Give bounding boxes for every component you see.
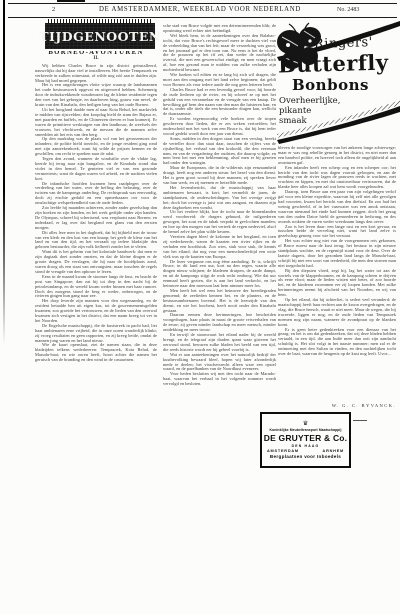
gruyter-city-main: DEN HAAG — [292, 444, 320, 448]
paragraph: Het was echter nog niet van de voorgenom… — [278, 239, 396, 268]
paragraph: Men heeft het wel eens het heimwee der b… — [163, 289, 276, 314]
paragraph: Soms, midden in den drogen staat van een… — [163, 137, 276, 166]
ringers-product-name-2: Bonbons — [292, 76, 369, 94]
paragraph: Voor heden besluiten wij met den tocht n… — [163, 372, 276, 387]
newspaper-page: 2 DE AMSTERDAMMER, WEEKBLAD VOOR NEDERLA… — [0, 0, 400, 614]
ringers-butterfly-ad: Overheerlijke, pikante smaak — [277, 20, 400, 144]
issue-number: No. 2483 — [337, 7, 359, 13]
article-column-3: bleven de noodige voorzorgen van het ank… — [278, 146, 396, 403]
article-column-2: sche stad van Bruce volgde met een deter… — [163, 24, 276, 474]
gruyter-city-right: ARNHEM — [323, 449, 344, 453]
paragraph: Maar de Europeaan, die in de wildernis z… — [163, 166, 276, 186]
de-gruyter-ad: ♛ Koninklijke Meubeltransport Maatschapp… — [260, 412, 351, 468]
header-rule-bottom — [8, 17, 397, 18]
column-2-text: sche stad van Bruce volgde met een deter… — [163, 24, 276, 387]
paragraph: En terwijl de stoomvaart het eiland nade… — [163, 333, 276, 353]
paragraph: De Engelsche maatschappij, die de kustst… — [35, 324, 157, 344]
paragraph: Bij den diepsten vloed, zegt hij, lag he… — [278, 269, 396, 298]
section-banner: TIJDGENOOTEN — [45, 23, 155, 49]
gruyter-cities-row: AMSTERDAM ARNHEM — [264, 449, 347, 453]
paragraph: Charles Bruce had er een levendig gevoel… — [163, 88, 276, 117]
paragraph: Het levensbericht, dat de maatschappij v… — [163, 186, 276, 211]
paragraph: Wie de kaart openslaat, ziet de namen st… — [35, 343, 157, 363]
paragraph: Op den marktdag was de plaats vol van he… — [35, 137, 157, 157]
paragraph: Een inlander heeft een scherp oog en een… — [278, 166, 396, 191]
header-rule-top — [8, 3, 397, 4]
paragraph: Eens in de maand kwam de stoomer langs d… — [35, 275, 157, 300]
ringers-product-name-1: Butterfly — [278, 50, 389, 78]
paragraph: Wie boeken wil editen en ze lang bij zic… — [163, 73, 276, 88]
gruyter-company-type: Koninklijke Meubeltransport Maatschappij — [269, 428, 341, 432]
paragraph: Uit het hoogland daalde men af naar Kota… — [35, 108, 157, 137]
paragraph: Er is geen beter gedenkteeken voor een d… — [278, 328, 396, 357]
paragraph: De lezer vergunne ons nog ééne aanhaling… — [163, 260, 276, 289]
paragraph: Daarom nemen deze herinneringen, hoe bes… — [163, 313, 276, 333]
paragraph: Wat er aan aanteekeningen over het natuu… — [163, 353, 276, 373]
paragraph: Het is een ongedwongen vlotte wijze waar… — [35, 83, 157, 108]
paragraph: Dit alles leze men in het dagboek, dat h… — [35, 231, 157, 251]
author-signature: W. G. C. BYVANCK. — [278, 403, 396, 408]
article-part-number: II. — [35, 57, 157, 62]
paragraph: De inlandsche hoofden kwamen hem raadple… — [35, 182, 157, 207]
paragraph: Uit het verdere blijkt, hoe de tocht naa… — [163, 210, 276, 235]
scan-edge-line — [3, 0, 5, 345]
gruyter-service-line: Bergplaatsen voor Inboedels — [270, 454, 341, 459]
column-1-text: Wij hebben Charles Bruce in zijn distric… — [35, 64, 157, 363]
gruyter-company-name: DE GRUYTER & Co. — [264, 433, 347, 443]
paragraph: Wel bleek hem, in de aanteekeningen over… — [163, 34, 276, 73]
paragraph: Wij hebben Charles Bruce in zijn distric… — [35, 64, 157, 84]
crown-icon: ♛ — [303, 421, 308, 427]
paragraph: Het dorp leverde zijn mannen voor den we… — [35, 299, 157, 324]
paragraph: Want dit is het geheim van het koloniale… — [35, 250, 157, 275]
paragraph: Veertien dagen bleef de kolonne in het b… — [163, 235, 276, 260]
paragraph: bleven de noodige voorzorgen van het ank… — [278, 146, 396, 166]
paragraph: Er worden tegenwoordig vele boeken over … — [163, 117, 276, 137]
scan-edge-mark — [57, 0, 85, 2]
gruyter-city-left: AMSTERDAM — [267, 449, 299, 453]
column-3-text: bleven de noodige voorzorgen van het ank… — [278, 146, 396, 357]
paragraph: Op het eiland, dat hij achterliet, is se… — [278, 298, 396, 327]
paragraph: Zoo leefde hij maanden achtereen, zonder… — [35, 206, 157, 231]
paragraph: Daarop, toen Bruce aan een paar van zijn… — [278, 190, 396, 224]
article-column-1: BORNEO-AVONTUREN II. Wij hebben Charles … — [35, 51, 157, 474]
section-banner-label: TIJDGENOOTEN — [39, 29, 161, 44]
margin-rule — [353, 420, 367, 421]
paragraph: Tegen den avond, wanneer de windstilte o… — [35, 157, 157, 182]
paragraph: Zoo is het leven daar: een lange rust en… — [278, 225, 396, 240]
